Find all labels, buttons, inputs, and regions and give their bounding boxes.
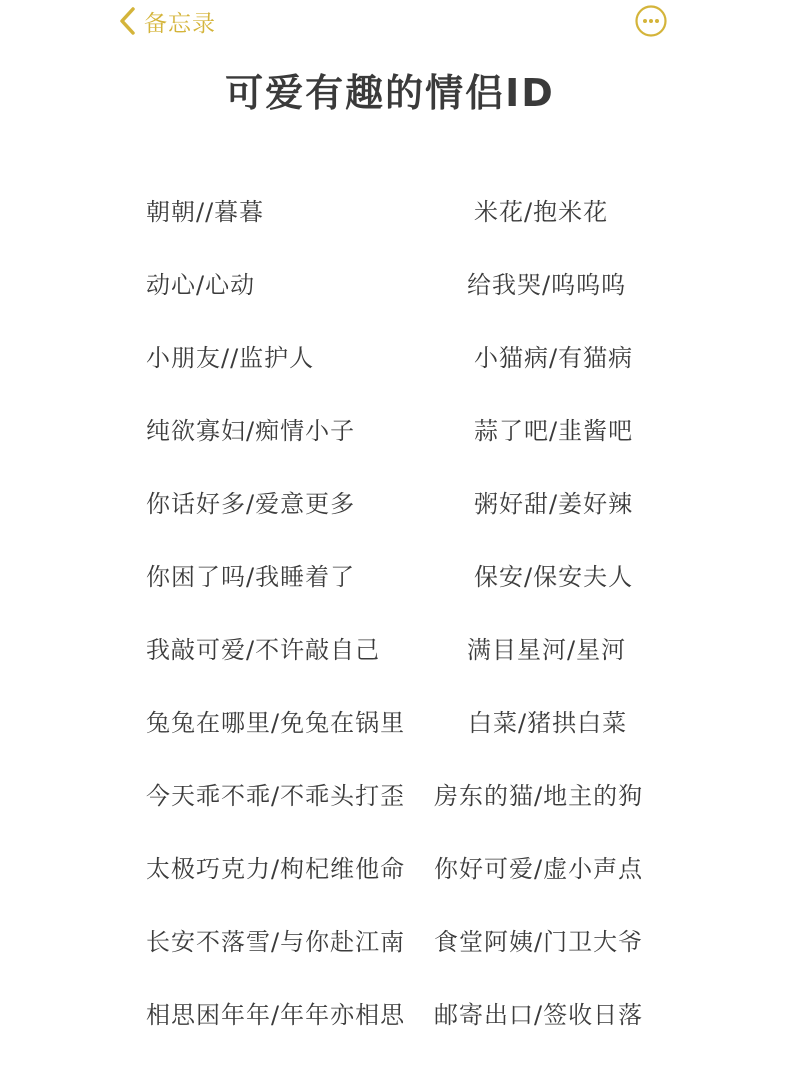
pair-left: 你话好多/爱意更多 [146,482,355,526]
more-ellipsis-icon [634,4,668,38]
list-row: 太极巧克力/枸杞维他命 你好可爱/虚小声点 [0,847,800,891]
pair-left: 我敲可爱/不许敲自己 [146,628,380,672]
pair-left: 动心/心动 [146,263,255,307]
list-row: 你困了吗/我睡着了 保安/保安夫人 [0,555,800,599]
pair-left: 太极巧克力/枸杞维他命 [146,847,405,891]
pair-left: 朝朝//暮暮 [146,190,264,234]
pair-left: 今天乖不乖/不乖头打歪 [146,774,405,818]
pair-right: 白菜/猪拱白菜 [468,701,627,745]
pair-right: 给我哭/呜呜呜 [467,263,626,307]
pair-right: 食堂阿姨/门卫大爷 [434,920,643,964]
chevron-left-icon [118,6,136,36]
list-row: 今天乖不乖/不乖头打歪 房东的猫/地主的狗 [0,774,800,818]
back-label: 备忘录 [144,5,216,38]
pair-right: 满目星河/星河 [467,628,626,672]
pair-left: 小朋友//监护人 [146,336,314,380]
list-row: 长安不落雪/与你赴江南 食堂阿姨/门卫大爷 [0,920,800,964]
navigation-bar: 备忘录 [0,0,800,44]
pair-right: 米花/抱米花 [474,190,608,234]
back-button[interactable]: 备忘录 [118,4,216,38]
list-row: 小朋友//监护人 小猫病/有猫病 [0,336,800,380]
pair-left: 纯欲寡妇/痴情小子 [146,409,355,453]
list-row: 朝朝//暮暮 米花/抱米花 [0,190,800,234]
pair-right: 蒜了吧/韭酱吧 [474,409,633,453]
more-options-button[interactable] [634,4,668,38]
list-row: 你话好多/爱意更多 粥好甜/姜好辣 [0,482,800,526]
note-title: 可爱有趣的情侣ID [0,62,780,117]
pair-right: 小猫病/有猫病 [474,336,633,380]
pair-right: 粥好甜/姜好辣 [474,482,633,526]
list-row: 兔兔在哪里/免兔在锅里 白菜/猪拱白菜 [0,701,800,745]
pair-left: 兔兔在哪里/免兔在锅里 [146,701,405,745]
list-row: 纯欲寡妇/痴情小子 蒜了吧/韭酱吧 [0,409,800,453]
list-row: 动心/心动 给我哭/呜呜呜 [0,263,800,307]
pair-right: 保安/保安夫人 [474,555,633,599]
pair-right: 邮寄出口/签收日落 [434,993,643,1037]
list-row: 相思困年年/年年亦相思 邮寄出口/签收日落 [0,993,800,1037]
pair-left: 你困了吗/我睡着了 [146,555,355,599]
pair-right: 你好可爱/虚小声点 [434,847,643,891]
pair-left: 长安不落雪/与你赴江南 [146,920,405,964]
list-row: 我敲可爱/不许敲自己 满目星河/星河 [0,628,800,672]
pair-left: 相思困年年/年年亦相思 [146,993,405,1037]
pair-right: 房东的猫/地主的狗 [434,774,643,818]
